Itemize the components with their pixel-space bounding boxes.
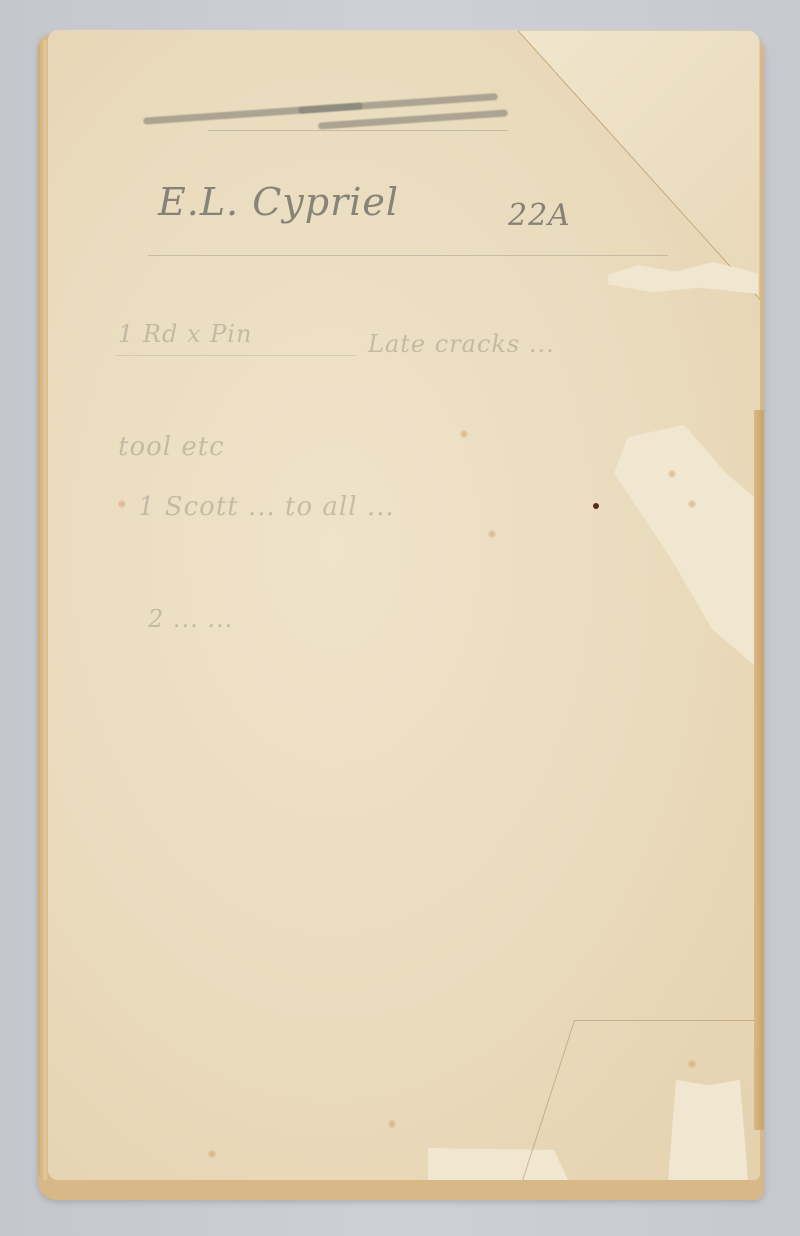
torn-paper-flap: [614, 425, 754, 665]
ink-spot: [593, 503, 599, 509]
pencil-rule: [116, 355, 356, 356]
foxing-spot: [118, 500, 126, 508]
notebook-cover: E.L. Cypriel 22A 1 Rd x Pin Late cracks …: [48, 30, 760, 1180]
foxing-spot: [460, 430, 468, 438]
notebook: E.L. Cypriel 22A 1 Rd x Pin Late cracks …: [38, 30, 768, 1200]
inscription-line-3: 1 Scott ... to all ...: [138, 492, 395, 522]
crossed-out-text: [298, 93, 498, 114]
foxing-spot: [688, 500, 696, 508]
reference-code: 22A: [508, 198, 571, 233]
inscription-line-2: tool etc: [118, 432, 225, 462]
foxing-spot: [388, 1120, 396, 1128]
inscription-line-1a: 1 Rd x Pin: [118, 320, 252, 348]
crossed-out-text: [318, 109, 508, 129]
page-edge-right: [754, 410, 764, 1130]
inscription-line-1b: Late cracks ...: [368, 330, 555, 358]
inscription-line-4: 2 ... ...: [148, 605, 233, 633]
foxing-spot: [488, 530, 496, 538]
owner-name: E.L. Cypriel: [158, 180, 399, 224]
pencil-rule: [208, 130, 508, 131]
foxing-spot: [208, 1150, 216, 1158]
foxing-spot: [688, 1060, 696, 1068]
foxing-spot: [668, 470, 676, 478]
pencil-rule: [148, 255, 668, 256]
